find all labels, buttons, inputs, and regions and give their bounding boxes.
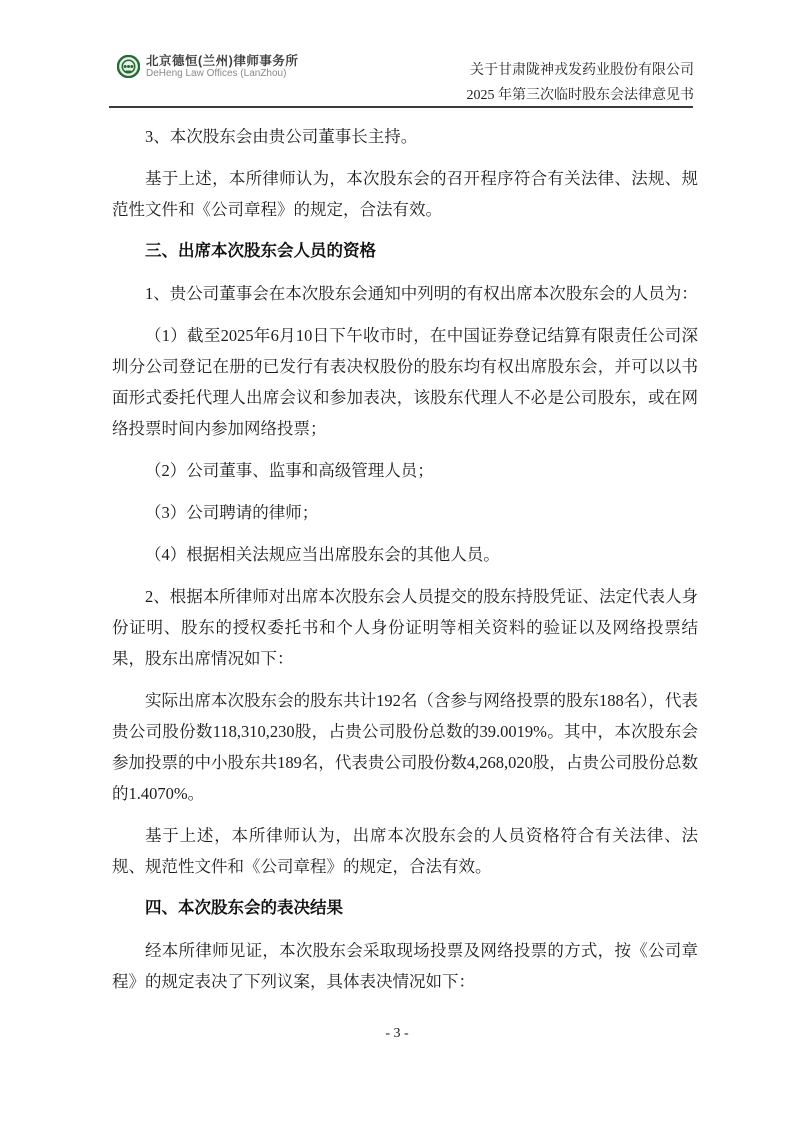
document-body: 3、本次股东会由贵公司董事长主持。 基于上述，本所律师认为，本次股东会的召开程序… [112, 121, 698, 1008]
paragraph-voting-method: 经本所律师见证，本次股东会采取现场投票及网络投票的方式，按《公司章程》的规定表决… [112, 935, 698, 997]
paragraph-item-2-directors: （2）公司董事、监事和高级管理人员； [112, 455, 698, 486]
paragraph-item-3-lawyers: （3）公司聘请的律师； [112, 497, 698, 528]
paragraph-item-4-others: （4）根据相关法规应当出席股东会的其他人员。 [112, 539, 698, 570]
document-page: 北京德恒(兰州)律师事务所 DeHeng Law Offices (LanZho… [0, 0, 794, 1122]
paragraph-verification: 2、根据本所律师对出席本次股东会人员提交的股东持股凭证、法定代表人身份证明、股东… [112, 581, 698, 674]
paragraph-entitled-attendees: 1、贵公司董事会在本次股东会通知中列明的有权出席本次股东会的人员为： [112, 278, 698, 309]
header-divider [109, 106, 693, 108]
firm-name-block: 北京德恒(兰州)律师事务所 DeHeng Law Offices (LanZho… [146, 54, 298, 80]
paragraph-qualification-opinion: 基于上述，本所律师认为，出席本次股东会的人员资格符合有关法律、法规、规范性文件和… [112, 820, 698, 882]
paragraph-meeting-chair: 3、本次股东会由贵公司董事长主持。 [112, 121, 698, 152]
page-footer: - 3 - [0, 1026, 794, 1042]
section-heading-attendee-qualification: 三、出席本次股东会人员的资格 [112, 236, 698, 267]
firm-name-en: DeHeng Law Offices (LanZhou) [146, 68, 298, 80]
law-firm-brand: 北京德恒(兰州)律师事务所 DeHeng Law Offices (LanZho… [117, 54, 298, 80]
deheng-seal-icon [117, 55, 140, 78]
section-heading-voting-results: 四、本次股东会的表决结果 [112, 893, 698, 924]
doc-title-line-1: 关于甘肃陇神戎发药业股份有限公司 [467, 58, 695, 83]
firm-name-cn: 北京德恒(兰州)律师事务所 [146, 54, 298, 68]
doc-title-line-2: 2025 年第三次临时股东会法律意见书 [467, 83, 695, 108]
paragraph-convening-opinion: 基于上述，本所律师认为，本次股东会的召开程序符合有关法律、法规、规范性文件和《公… [112, 163, 698, 225]
paragraph-attendance-statistics: 实际出席本次股东会的股东共计192名（含参与网络投票的股东188名），代表贵公司… [112, 685, 698, 809]
page-number: - 3 - [385, 1026, 408, 1041]
paragraph-item-1-shareholders: （1）截至2025年6月10日下午收市时，在中国证券登记结算有限责任公司深圳分公… [112, 320, 698, 444]
document-title: 关于甘肃陇神戎发药业股份有限公司 2025 年第三次临时股东会法律意见书 [467, 58, 695, 108]
